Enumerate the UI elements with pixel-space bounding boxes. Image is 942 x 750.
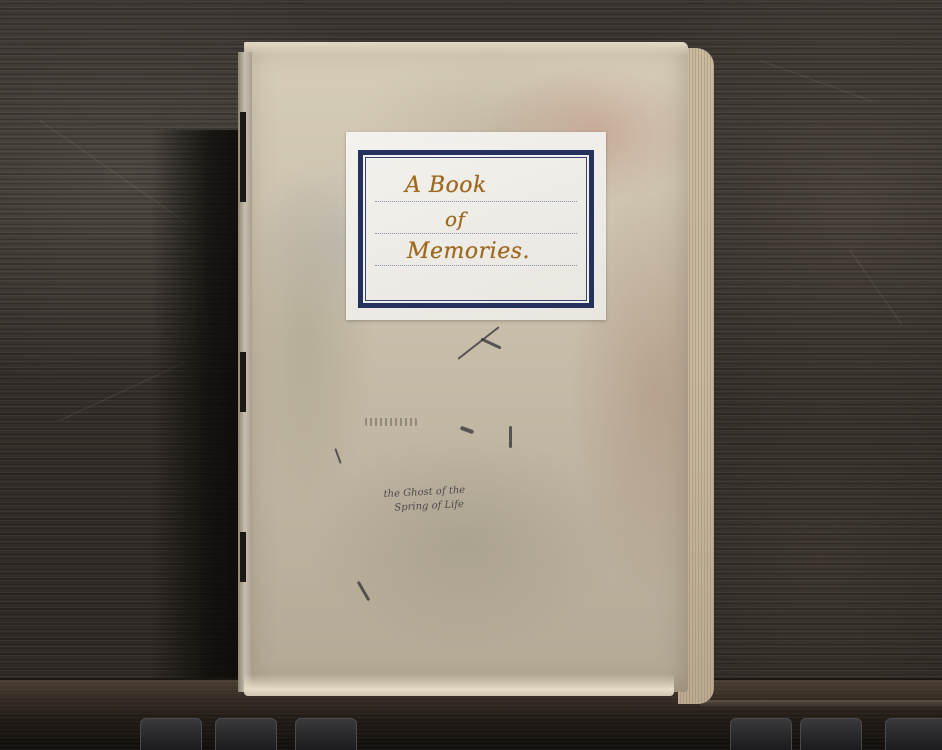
shelf-clip bbox=[140, 718, 202, 750]
spine-tear bbox=[240, 352, 246, 412]
label-ruled-line bbox=[375, 233, 577, 234]
cover-torn-top-edge bbox=[244, 42, 688, 56]
book-spine bbox=[238, 52, 252, 692]
shelf-clip bbox=[295, 718, 357, 750]
shelf-clip bbox=[885, 718, 942, 750]
title-label: A Book of Memories. bbox=[346, 132, 606, 320]
spine-tear bbox=[240, 112, 246, 202]
spine-tear bbox=[240, 532, 246, 582]
shelf-clip bbox=[215, 718, 277, 750]
cover-bottom-edge bbox=[244, 674, 674, 696]
shelf-edge-highlight bbox=[700, 700, 942, 708]
label-title-line-1: A Book bbox=[405, 173, 487, 198]
pencil-dash-mark bbox=[509, 426, 512, 448]
pencil-note: the Ghost of the Spring of Life bbox=[383, 484, 466, 516]
label-ruled-line bbox=[375, 201, 577, 202]
pencil-faint-marks bbox=[365, 418, 417, 426]
shelf-clip bbox=[800, 718, 862, 750]
label-title-line-2: of bbox=[445, 207, 465, 231]
book-shadow bbox=[150, 130, 250, 690]
label-ruled-line bbox=[375, 265, 577, 266]
shelf-clip bbox=[730, 718, 792, 750]
label-title-line-3: Memories. bbox=[407, 239, 530, 264]
label-frame: A Book of Memories. bbox=[358, 150, 594, 308]
